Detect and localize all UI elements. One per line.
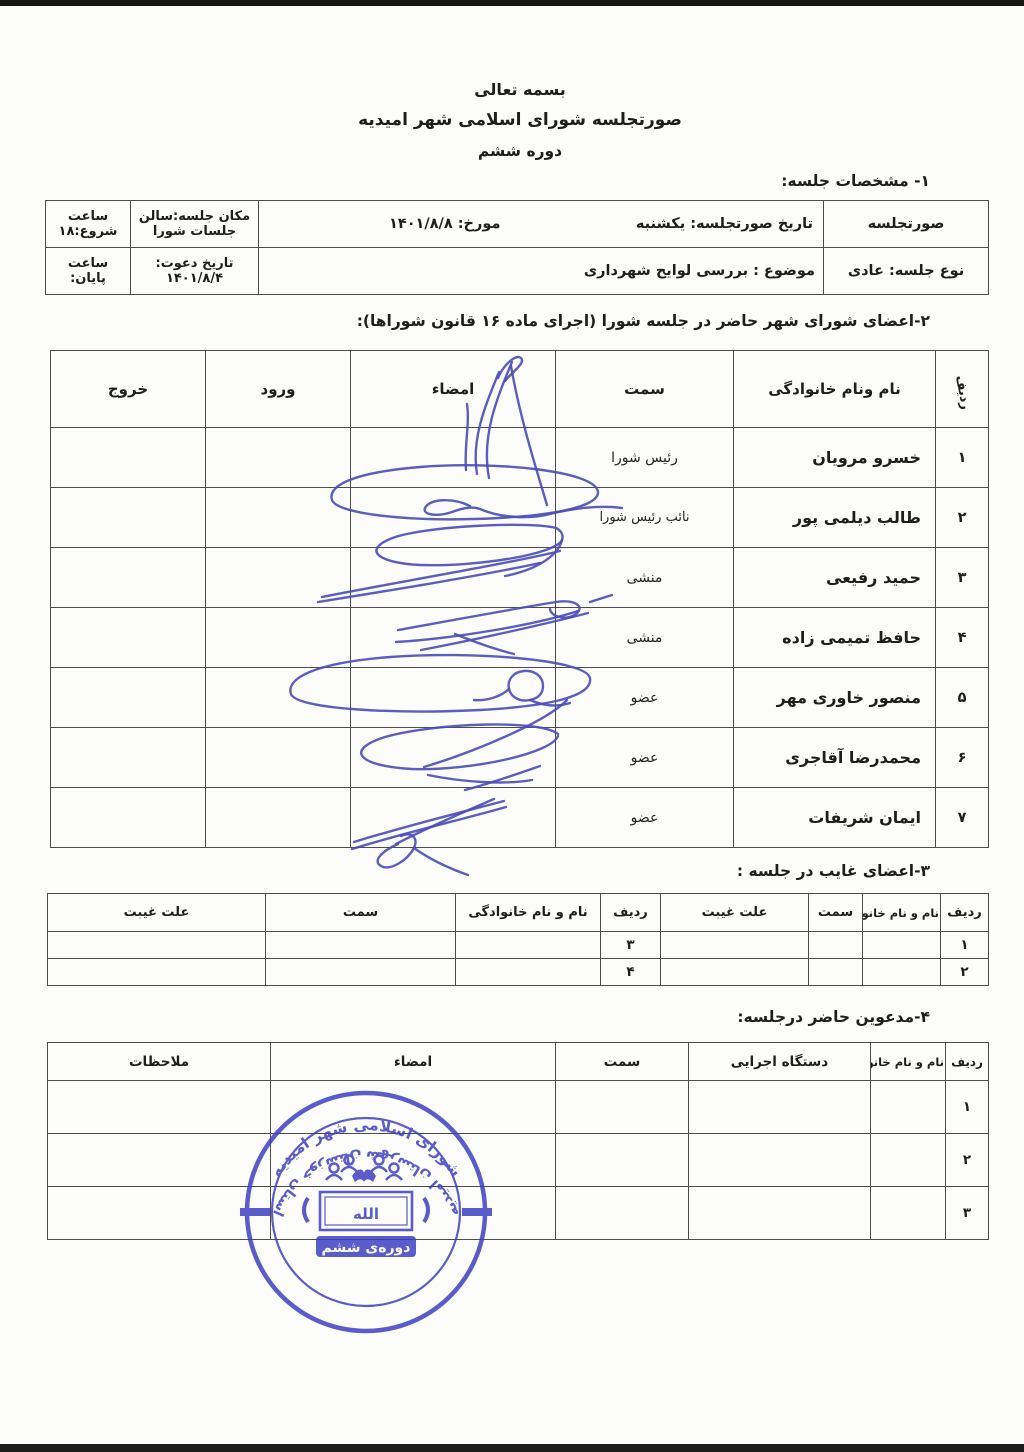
absence-reason-cell (661, 959, 809, 986)
absent-name-cell (456, 932, 601, 959)
header-row-number: ردیف (941, 894, 989, 932)
member-exit-cell (51, 548, 206, 608)
invitee-signature-cell (271, 1081, 556, 1134)
member-number: ۴ (936, 608, 989, 668)
absent-position-cell (266, 932, 456, 959)
member-row-5: ۵ منصور خاوری مهر عضو (51, 668, 989, 728)
member-entry-cell (206, 488, 351, 548)
member-row-1: ۱ خسرو مرویان رئیس شورا (51, 428, 989, 488)
member-number: ۵ (936, 668, 989, 728)
member-name: حمید رفیعی (734, 548, 936, 608)
member-name: ایمان شریفات (734, 788, 936, 848)
absent-name-cell (863, 932, 941, 959)
header-row-number: ردیف (946, 1043, 989, 1081)
stamp-band-text: دوره‌ی ششم (322, 1240, 411, 1256)
invite-date-cell: تاریخ دعوت: ۱۴۰۱/۸/۴ (131, 248, 259, 295)
member-number: ۶ (936, 728, 989, 788)
member-name: خسرو مرویان (734, 428, 936, 488)
invitees-table: ردیف نام و نام خانوادگی دستگاه اجرایی سم… (47, 1042, 989, 1240)
invitee-position-cell (556, 1187, 689, 1240)
member-signature-cell (351, 608, 556, 668)
meeting-end-time-cell: ساعت پایان: (46, 248, 131, 295)
member-signature-cell (351, 428, 556, 488)
member-exit-cell (51, 488, 206, 548)
member-position: نائب رئیس شورا (556, 488, 734, 548)
invitee-notes-cell (48, 1187, 271, 1240)
header-member-entry: ورود (206, 351, 351, 428)
invitee-signature-cell (271, 1187, 556, 1240)
member-position: منشی (556, 548, 734, 608)
absent-row-1: ۱ ۳ (48, 932, 989, 959)
document-title: صورتجلسه شورای اسلامی شهر امیدیه (16, 110, 1024, 130)
member-row-4: ۴ حافظ تمیمی زاده منشی (51, 608, 989, 668)
document-header: بسمه تعالی صورتجلسه شورای اسلامی شهر امی… (16, 80, 1024, 160)
meeting-info-row-2: نوع جلسه: عادی موضوع : بررسی لوایح شهردا… (46, 248, 989, 295)
scanned-document-page: بسمه تعالی صورتجلسه شورای اسلامی شهر امی… (0, 0, 1024, 1452)
invitee-notes-cell (48, 1081, 271, 1134)
absent-members-table: ردیف نام و نام خانوادگی سمت علت غیبت ردی… (47, 893, 989, 986)
member-signature-cell (351, 728, 556, 788)
header-absent-position: سمت (266, 894, 456, 932)
meeting-date-cell: تاریخ صورتجلسه: یکشنبه مورخ: ۱۴۰۱/۸/۸ (259, 201, 824, 248)
member-position: عضو (556, 788, 734, 848)
section1-heading: ۱- مشخصات جلسه: (781, 172, 930, 190)
header-absent-position: سمت (809, 894, 863, 932)
absent-members-header-row: ردیف نام و نام خانوادگی سمت علت غیبت ردی… (48, 894, 989, 932)
member-row-3: ۳ حمید رفیعی منشی (51, 548, 989, 608)
header-member-signature: امضاء (351, 351, 556, 428)
header-absence-reason: علت غیبت (48, 894, 266, 932)
meeting-location-cell: مکان جلسه:سالن جلسات شورا (131, 201, 259, 248)
header-absent-name: نام و نام خانوادگی (863, 894, 941, 932)
absent-row-2: ۲ ۴ (48, 959, 989, 986)
header-member-position: سمت (556, 351, 734, 428)
invitee-name-cell (871, 1081, 946, 1134)
invitee-position-cell (556, 1134, 689, 1187)
member-number: ۲ (936, 488, 989, 548)
absent-position-cell (266, 959, 456, 986)
invitee-notes-cell (48, 1134, 271, 1187)
member-entry-cell (206, 428, 351, 488)
member-exit-cell (51, 428, 206, 488)
member-exit-cell (51, 728, 206, 788)
absent-position-cell (809, 932, 863, 959)
meeting-type-cell: نوع جلسه: عادی (824, 248, 989, 295)
meeting-subject-cell: موضوع : بررسی لوایح شهرداری (259, 248, 824, 295)
invitee-agency-cell (689, 1081, 871, 1134)
meeting-info-table: صورتجلسه تاریخ صورتجلسه: یکشنبه مورخ: ۱۴… (45, 200, 989, 295)
header-invitee-signature: امضاء (271, 1043, 556, 1081)
member-number: ۳ (936, 548, 989, 608)
meeting-day-text: تاریخ صورتجلسه: یکشنبه (636, 216, 813, 232)
invitees-header-row: ردیف نام و نام خانوادگی دستگاه اجرایی سم… (48, 1043, 989, 1081)
invitee-name-cell (871, 1134, 946, 1187)
row-number-label: ردیف (952, 374, 973, 411)
invitee-agency-cell (689, 1134, 871, 1187)
section4-heading: ۴-مدعوین حاضر درجلسه: (737, 1008, 930, 1026)
header-invitee-position: سمت (556, 1043, 689, 1081)
member-signature-cell (351, 488, 556, 548)
present-members-table: ردیف نام ونام خانوادگی سمت امضاء ورود خر… (50, 350, 989, 848)
member-name: منصور خاوری مهر (734, 668, 936, 728)
member-row-7: ۷ ایمان شریفات عضو (51, 788, 989, 848)
member-signature-cell (351, 548, 556, 608)
present-members-header-row: ردیف نام ونام خانوادگی سمت امضاء ورود خر… (51, 351, 989, 428)
member-row-2: ۲ طالب دیلمی پور نائب رئیس شورا (51, 488, 989, 548)
absence-reason-cell (661, 932, 809, 959)
absent-position-cell (809, 959, 863, 986)
member-number: ۱ (936, 428, 989, 488)
invitee-row-1: ۱ (48, 1081, 989, 1134)
header-member-name: نام ونام خانوادگی (734, 351, 936, 428)
header-row-number: ردیف (601, 894, 661, 932)
header-invitee-notes: ملاحظات (48, 1043, 271, 1081)
member-position: عضو (556, 728, 734, 788)
member-position: عضو (556, 668, 734, 728)
absence-reason-cell (48, 932, 266, 959)
meeting-info-row-1: صورتجلسه تاریخ صورتجلسه: یکشنبه مورخ: ۱۴… (46, 201, 989, 248)
member-entry-cell (206, 668, 351, 728)
header-invitee-name: نام و نام خانوادگی (871, 1043, 946, 1081)
absent-name-cell (863, 959, 941, 986)
member-entry-cell (206, 548, 351, 608)
scan-edge-bottom (0, 1444, 1024, 1452)
scan-edge-top (0, 0, 1024, 6)
section2-heading: ۲-اعضای شورای شهر حاضر در جلسه شورا (اجر… (357, 312, 930, 330)
invitee-number: ۳ (946, 1187, 989, 1240)
member-exit-cell (51, 608, 206, 668)
invitee-agency-cell (689, 1187, 871, 1240)
member-signature-cell (351, 668, 556, 728)
invitee-position-cell (556, 1081, 689, 1134)
header-absent-name: نام و نام خانوادگی (456, 894, 601, 932)
absent-number: ۱ (941, 932, 989, 959)
invitee-row-3: ۳ (48, 1187, 989, 1240)
absence-reason-cell (48, 959, 266, 986)
member-entry-cell (206, 608, 351, 668)
invitee-name-cell (871, 1187, 946, 1240)
header-row-number: ردیف (936, 351, 989, 428)
absent-number: ۴ (601, 959, 661, 986)
member-name: حافظ تمیمی زاده (734, 608, 936, 668)
document-subtitle: دوره ششم (16, 142, 1024, 160)
section3-heading: ۳-اعضای غایب در جلسه : (737, 862, 930, 880)
member-exit-cell (51, 668, 206, 728)
meeting-date-value: مورخ: ۱۴۰۱/۸/۸ (389, 216, 500, 232)
member-number: ۷ (936, 788, 989, 848)
absent-number: ۲ (941, 959, 989, 986)
member-signature-cell (351, 788, 556, 848)
header-member-exit: خروج (51, 351, 206, 428)
invitee-signature-cell (271, 1134, 556, 1187)
absent-number: ۳ (601, 932, 661, 959)
member-position: منشی (556, 608, 734, 668)
invitee-number: ۲ (946, 1134, 989, 1187)
meeting-start-time-cell: ساعت شروع:۱۸ (46, 201, 131, 248)
header-absence-reason: علت غیبت (661, 894, 809, 932)
invitee-row-2: ۲ (48, 1134, 989, 1187)
member-exit-cell (51, 788, 206, 848)
member-position: رئیس شورا (556, 428, 734, 488)
member-row-6: ۶ محمدرضا آقاجری عضو (51, 728, 989, 788)
invitee-number: ۱ (946, 1081, 989, 1134)
meeting-label-cell: صورتجلسه (824, 201, 989, 248)
member-entry-cell (206, 728, 351, 788)
absent-name-cell (456, 959, 601, 986)
member-name: محمدرضا آقاجری (734, 728, 936, 788)
header-invitee-agency: دستگاه اجرایی (689, 1043, 871, 1081)
member-name: طالب دیلمی پور (734, 488, 936, 548)
bismillah-text: بسمه تعالی (16, 80, 1024, 99)
member-entry-cell (206, 788, 351, 848)
